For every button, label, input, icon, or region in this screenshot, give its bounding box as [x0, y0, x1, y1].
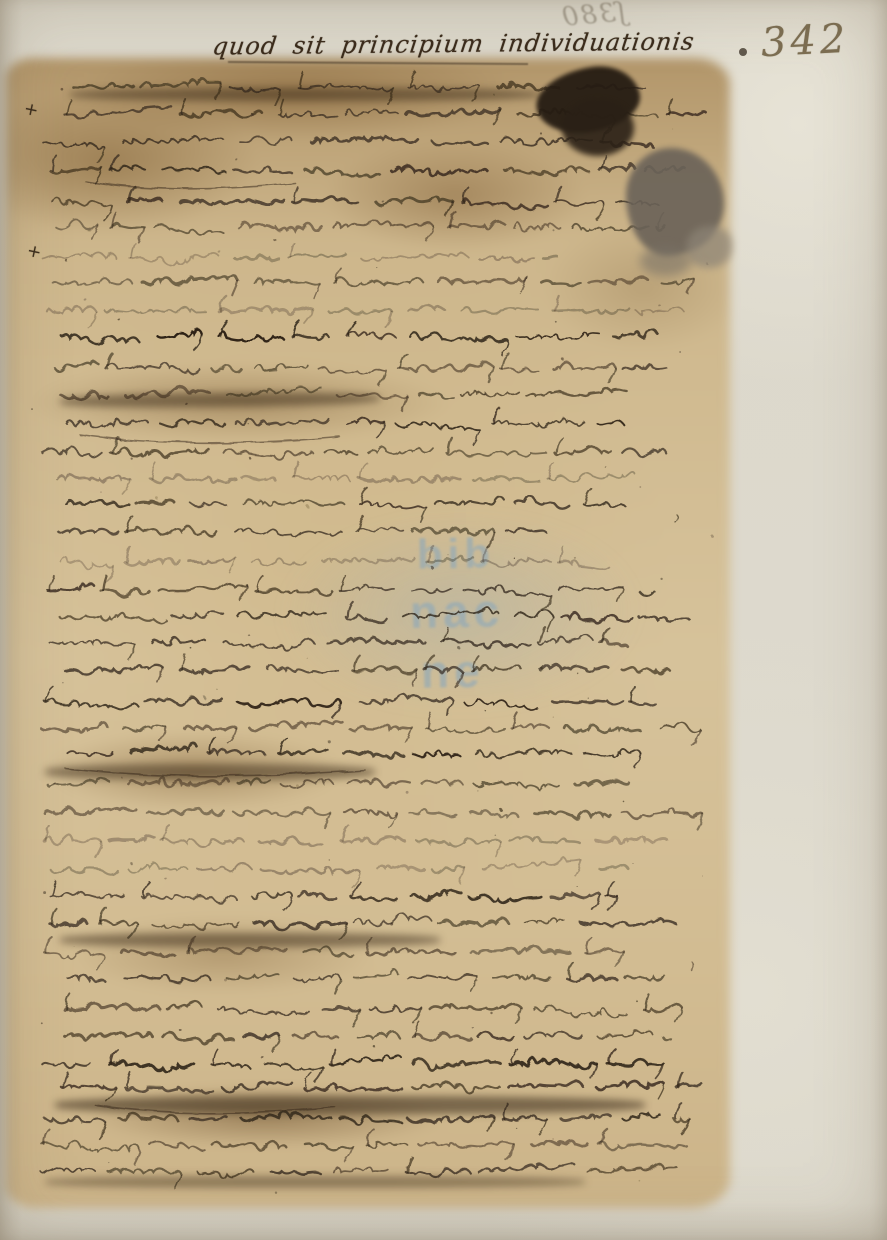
ink-blot-smudge — [686, 226, 732, 268]
handwriting-scrawl — [25, 63, 735, 1203]
ink-blot — [562, 100, 634, 156]
ink-blot-smudge — [640, 246, 692, 276]
folio-marker: 342 — [739, 18, 849, 64]
manuscript-page: bib nac ne quod sit principium individua… — [0, 0, 887, 1240]
folio-number: 342 — [759, 16, 850, 67]
page-heading: quod sit principium individuationis — [211, 27, 697, 60]
bleedthrough-inscription: ʃ380 — [559, 0, 626, 33]
folio-dot — [739, 48, 747, 56]
